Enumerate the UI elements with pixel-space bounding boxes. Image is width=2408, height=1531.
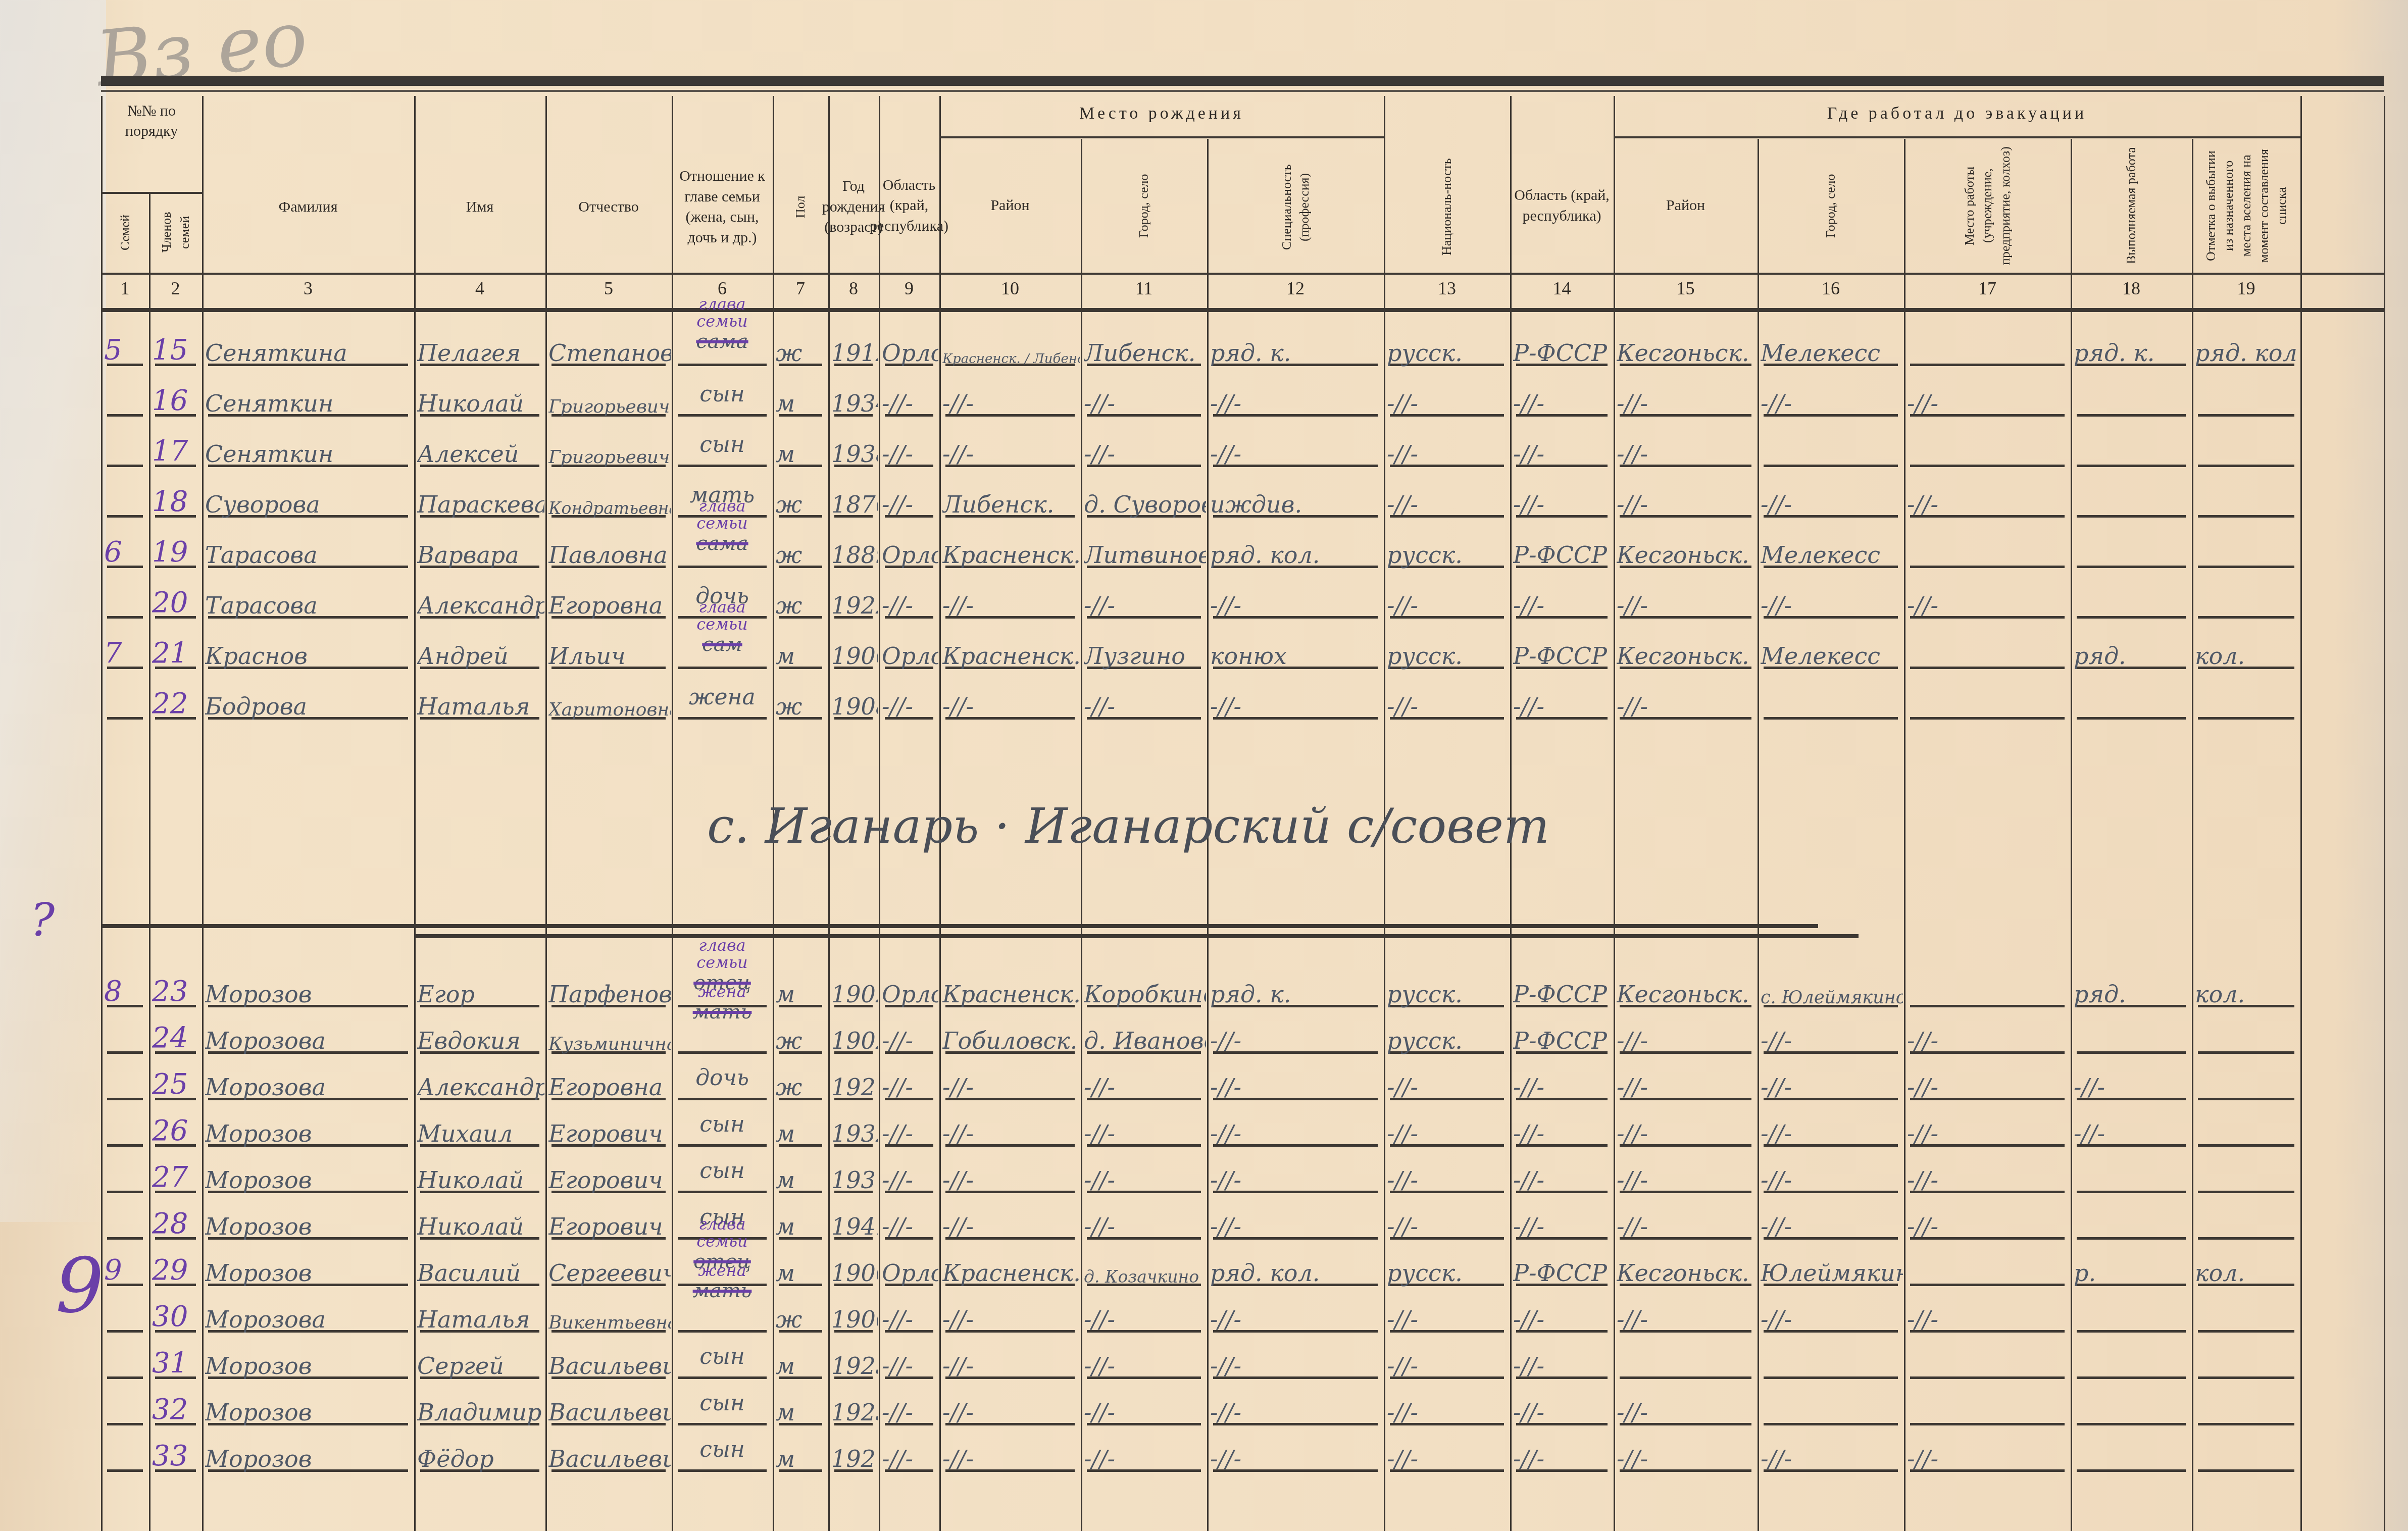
cell-w-rayon: Кесгоньск.	[1617, 959, 1757, 1008]
cell-note	[2195, 1052, 2299, 1101]
header-rule	[101, 273, 2384, 275]
cell-w-rayon: -//-	[1617, 1424, 1757, 1472]
cell-patronymic: Григорьевич	[548, 369, 671, 417]
cell-name: Александра	[417, 571, 544, 619]
cell-name: Евдокия	[417, 1006, 544, 1054]
relation-value: жена	[672, 649, 773, 710]
cell-name: Алексей	[417, 419, 544, 468]
cell-w-job: ряд. к.	[2074, 318, 2191, 367]
cell-w-place: -//-	[1907, 1192, 2070, 1240]
cell-surname: Морозов	[205, 1145, 413, 1194]
cell-surname: Морозов	[205, 1099, 413, 1147]
cell-family: 6	[104, 520, 148, 569]
cell-year: 1912	[831, 318, 878, 367]
cell-member: 27	[152, 1145, 201, 1194]
cell-sex: м	[776, 1377, 827, 1426]
relation-correction: глава семьи	[672, 937, 773, 971]
table-row: 25МорозоваАлександраЕгоровнадочьж1927-//…	[101, 1052, 2384, 1101]
cell-profession: -//-	[1210, 419, 1383, 468]
cell-surname: Морозова	[205, 1006, 413, 1054]
cell-w-place	[1907, 621, 2070, 670]
column-header-9: Область (край, республика)	[881, 144, 937, 268]
village-heading: с. Иганарь · Иганарский с/совет	[707, 798, 1549, 854]
cell-w-job	[2074, 470, 2191, 518]
cell-year: 1902	[831, 959, 878, 1008]
cell-member: 22	[152, 672, 201, 720]
cell-profession: -//-	[1210, 1285, 1383, 1333]
cell-rule	[678, 717, 767, 720]
cell-w-place	[1907, 1238, 2070, 1287]
cell-profession: ряд. кол.	[1210, 520, 1383, 569]
cell-b-oblast: -//-	[882, 419, 938, 468]
cell-note: кол.	[2195, 1238, 2299, 1287]
cell-family	[104, 1145, 148, 1194]
cell-w-job: ряд.	[2074, 959, 2191, 1008]
column-header-19: Отметка о выбытии из назначенного места …	[2194, 144, 2298, 268]
cell-year: 1902	[831, 1006, 878, 1054]
cell-family: 9	[104, 1238, 148, 1287]
column-number: 7	[773, 278, 828, 308]
table-row: 18СувороваПараскеваКондратьевнаматьж1876…	[101, 470, 2384, 518]
cell-w-place: -//-	[1907, 1285, 2070, 1333]
cell-name: Сергей	[417, 1331, 544, 1380]
table-row: 28МорозовНиколайЕгоровичсынм1941-//--//-…	[101, 1192, 2384, 1240]
cell-sex: ж	[776, 470, 827, 518]
cell-w-job	[2074, 419, 2191, 468]
column-header-10: Район	[941, 144, 1079, 268]
cell-patronymic: Васильевич	[548, 1331, 671, 1380]
cell-b-rayon: -//-	[942, 1145, 1080, 1194]
cell-year: 1906	[831, 621, 878, 670]
cell-sex: м	[776, 1331, 827, 1380]
cell-family	[104, 369, 148, 417]
cell-member: 17	[152, 419, 201, 468]
cell-b-oblast: -//-	[882, 470, 938, 518]
cell-nationality: -//-	[1387, 672, 1509, 720]
cell-b-oblast: Орловск.	[882, 959, 938, 1008]
column-header-7: Пол	[775, 146, 826, 268]
cell-w-oblast: -//-	[1513, 419, 1613, 468]
cell-nationality: -//-	[1387, 1192, 1509, 1240]
cell-w-place	[1907, 520, 2070, 569]
cell-family	[104, 1052, 148, 1101]
column-number: 3	[202, 278, 414, 308]
cell-name: Николай	[417, 1145, 544, 1194]
cell-profession: -//-	[1210, 1424, 1383, 1472]
table-row: 30МорозоваНатальяВикентьевнаженаматьж190…	[101, 1285, 2384, 1333]
column-number: 1	[101, 278, 149, 308]
cell-w-oblast: -//-	[1513, 1424, 1613, 1472]
cell-note	[2195, 1377, 2299, 1426]
cell-b-rayon: -//-	[942, 1424, 1080, 1472]
cell-profession: иждив.	[1210, 470, 1383, 518]
cell-member: 21	[152, 621, 201, 670]
cell-profession: ряд. к.	[1210, 959, 1383, 1008]
cell-b-oblast: -//-	[882, 1052, 938, 1101]
cell-name: Егор	[417, 959, 544, 1008]
margin-family-mark: 9	[56, 1242, 104, 1330]
cell-w-rayon: -//-	[1617, 470, 1757, 518]
cell-b-village: -//-	[1084, 672, 1206, 720]
cell-sex: ж	[776, 571, 827, 619]
cell-note	[2195, 1331, 2299, 1380]
cell-b-village: -//-	[1084, 1145, 1206, 1194]
cell-name: Владимир	[417, 1377, 544, 1426]
cell-sex: м	[776, 1238, 827, 1287]
cell-note	[2195, 520, 2299, 569]
cell-member: 25	[152, 1052, 201, 1101]
cell-surname: Краснов	[205, 621, 413, 670]
relation-struck: мать	[672, 1000, 773, 1024]
cell-note: кол.	[2195, 621, 2299, 670]
cell-w-oblast: -//-	[1513, 1145, 1613, 1194]
cell-family: 7	[104, 621, 148, 670]
cell-w-village: Мелекесс	[1761, 318, 1903, 367]
cell-b-rayon: Красненск.	[942, 520, 1080, 569]
column-header-11: Город, село	[1083, 144, 1205, 268]
cell-w-rayon: -//-	[1617, 1285, 1757, 1333]
table-row: 24МорозоваЕвдокияКузьминичнаженаматьж190…	[101, 1006, 2384, 1054]
cell-profession: -//-	[1210, 1145, 1383, 1194]
cell-nationality: -//-	[1387, 419, 1509, 468]
cell-w-job: ряд.	[2074, 621, 2191, 670]
cell-family	[104, 571, 148, 619]
cell-b-village: -//-	[1084, 571, 1206, 619]
cell-w-oblast: -//-	[1513, 1192, 1613, 1240]
cell-w-job	[2074, 1006, 2191, 1054]
cell-family	[104, 672, 148, 720]
cell-b-oblast: -//-	[882, 1424, 938, 1472]
cell-nationality: -//-	[1387, 1377, 1509, 1426]
cell-family	[104, 1006, 148, 1054]
cell-member: 30	[152, 1285, 201, 1333]
cell-w-village: -//-	[1761, 571, 1903, 619]
header-numbering: №№ по порядку	[101, 96, 202, 146]
cell-surname: Морозов	[205, 1377, 413, 1426]
cell-nationality: русск.	[1387, 621, 1509, 670]
cell-name: Александра	[417, 1052, 544, 1101]
cell-w-place	[1907, 672, 2070, 720]
cell-family	[104, 1331, 148, 1380]
cell-member: 24	[152, 1006, 201, 1054]
cell-w-place: -//-	[1907, 1145, 2070, 1194]
cell-note	[2195, 1006, 2299, 1054]
cell-note: кол.	[2195, 959, 2299, 1008]
cell-sex: м	[776, 1099, 827, 1147]
cell-b-oblast: Орловск.	[882, 318, 938, 367]
pencil-note: Вз ео	[92, 0, 312, 104]
relation-correction: жена	[672, 1262, 773, 1279]
cell-w-village	[1761, 419, 1903, 468]
cell-nationality: -//-	[1387, 1145, 1509, 1194]
cell-note	[2195, 1099, 2299, 1147]
table-row: 929МорозовВасилийСергеевичглава семьиоте…	[101, 1238, 2384, 1287]
cell-member: 23	[152, 959, 201, 1008]
cell-family	[104, 470, 148, 518]
cell-member: 16	[152, 369, 201, 417]
cell-b-rayon: -//-	[942, 1331, 1080, 1380]
table-row: 32МорозовВладимирВасильевичсынм1923-//--…	[101, 1377, 2384, 1426]
cell-w-oblast: -//-	[1513, 1099, 1613, 1147]
cell-b-rayon: -//-	[942, 1192, 1080, 1240]
cell-name: Наталья	[417, 1285, 544, 1333]
cell-w-oblast: Р-ФССР	[1513, 1238, 1613, 1287]
cell-nationality: -//-	[1387, 571, 1509, 619]
cell-b-rayon: -//-	[942, 1052, 1080, 1101]
cell-w-oblast: Р-ФССР	[1513, 959, 1613, 1008]
cell-b-rayon: Либенск.	[942, 470, 1080, 518]
cell-b-oblast: -//-	[882, 1145, 938, 1194]
cell-w-job: -//-	[2074, 1052, 2191, 1101]
cell-member: 26	[152, 1099, 201, 1147]
cell-w-oblast: -//-	[1513, 1052, 1613, 1101]
column-divider	[2384, 96, 2385, 1531]
group-header-rule	[1614, 136, 2300, 138]
cell-patronymic: Ильич	[548, 621, 671, 670]
cell-b-village: Лузгино	[1084, 621, 1206, 670]
relation-cell: женамать	[672, 1262, 773, 1302]
section-rule	[101, 924, 1818, 928]
cell-w-place: -//-	[1907, 1099, 2070, 1147]
cell-member: 31	[152, 1331, 201, 1380]
cell-w-oblast: -//-	[1513, 1331, 1613, 1380]
cell-w-village: -//-	[1761, 1424, 1903, 1472]
cell-w-oblast: -//-	[1513, 1377, 1613, 1426]
column-header-12: Специальность (профессия)	[1209, 146, 1382, 268]
cell-w-oblast: -//-	[1513, 672, 1613, 720]
cell-w-village: -//-	[1761, 1145, 1903, 1194]
cell-w-rayon: Кесгоньск.	[1617, 318, 1757, 367]
cell-member: 33	[152, 1424, 201, 1472]
cell-nationality: русск.	[1387, 318, 1509, 367]
cell-b-oblast: -//-	[882, 672, 938, 720]
cell-sex: м	[776, 1145, 827, 1194]
cell-w-village: -//-	[1761, 1006, 1903, 1054]
cell-sex: ж	[776, 318, 827, 367]
cell-family	[104, 1099, 148, 1147]
relation-correction: глава семьи	[672, 497, 773, 532]
column-number: 8	[828, 278, 879, 308]
group-header-rule	[101, 192, 202, 194]
column-number: 10	[939, 278, 1081, 308]
cell-patronymic: Егорович	[548, 1192, 671, 1240]
cell-b-village: -//-	[1084, 1331, 1206, 1380]
cell-b-oblast: Орловск.	[882, 621, 938, 670]
column-header-2: Членов семей	[151, 197, 200, 268]
cell-profession: конюх	[1210, 621, 1383, 670]
cell-b-rayon: -//-	[942, 419, 1080, 468]
relation-correction: глава семьи	[672, 598, 773, 633]
cell-name: Пелагея	[417, 318, 544, 367]
cell-b-rayon: -//-	[942, 369, 1080, 417]
cell-note	[2195, 1424, 2299, 1472]
cell-profession: -//-	[1210, 1006, 1383, 1054]
cell-surname: Сеняткин	[205, 419, 413, 468]
cell-w-place	[1907, 1331, 2070, 1380]
column-header-17: Место работы (учреждение, предприятие, к…	[1906, 144, 2069, 268]
cell-nationality: -//-	[1387, 1052, 1509, 1101]
cell-w-rayon: Кесгоньск.	[1617, 621, 1757, 670]
cell-year: 1922	[831, 571, 878, 619]
cell-year: 1876	[831, 470, 878, 518]
cell-profession: ряд. кол.	[1210, 1238, 1383, 1287]
cell-member: 29	[152, 1238, 201, 1287]
cell-w-village: Юлеймякино	[1761, 1238, 1903, 1287]
cell-w-rayon: -//-	[1617, 672, 1757, 720]
cell-name: Николай	[417, 369, 544, 417]
cell-note	[2195, 571, 2299, 619]
cell-surname: Сеняткин	[205, 369, 413, 417]
cell-surname: Морозова	[205, 1052, 413, 1101]
cell-patronymic: Кондратьевна	[548, 470, 671, 518]
cell-note	[2195, 1145, 2299, 1194]
cell-w-job	[2074, 1331, 2191, 1380]
cell-note	[2195, 672, 2299, 720]
column-number: 18	[2071, 278, 2192, 308]
column-header-4: Имя	[416, 146, 543, 268]
cell-family	[104, 1377, 148, 1426]
table-row: 721КрасновАндрейИльичглава семьисамм1906…	[101, 621, 2384, 670]
relation-cell: глава семьисама	[672, 497, 773, 555]
cell-w-place: -//-	[1907, 1052, 2070, 1101]
cell-b-village: -//-	[1084, 1052, 1206, 1101]
table-row: 17СеняткинАлексейГригорьевичсынм1938-//-…	[101, 419, 2384, 468]
cell-sex: ж	[776, 1006, 827, 1054]
top-border-thin	[101, 90, 2384, 92]
cell-b-oblast: -//-	[882, 1377, 938, 1426]
cell-w-oblast: Р-ФССР	[1513, 318, 1613, 367]
cell-w-rayon: -//-	[1617, 1145, 1757, 1194]
cell-sex: ж	[776, 1052, 827, 1101]
cell-nationality: русск.	[1387, 1006, 1509, 1054]
cell-member: 32	[152, 1377, 201, 1426]
cell-surname: Бодрова	[205, 672, 413, 720]
cell-member: 20	[152, 571, 201, 619]
column-header-13: Националь-ность	[1386, 146, 1508, 268]
cell-b-village: -//-	[1084, 1099, 1206, 1147]
cell-year: 1934	[831, 369, 878, 417]
relation-struck: мать	[672, 1279, 773, 1302]
cell-w-village: Мелекесс	[1761, 520, 1903, 569]
cell-b-village: Литвинов.	[1084, 520, 1206, 569]
cell-patronymic: Егорович	[548, 1145, 671, 1194]
cell-w-job: -//-	[2074, 1099, 2191, 1147]
cell-b-oblast: -//-	[882, 1331, 938, 1380]
cell-w-village: с. Юлеймякино	[1761, 959, 1903, 1008]
cell-b-rayon: -//-	[942, 1377, 1080, 1426]
cell-surname: Морозов	[205, 1424, 413, 1472]
cell-w-village	[1761, 672, 1903, 720]
cell-member: 18	[152, 470, 201, 518]
cell-w-village: Мелекесс	[1761, 621, 1903, 670]
cell-w-village: -//-	[1761, 1285, 1903, 1333]
cell-w-village	[1761, 1331, 1903, 1380]
cell-w-oblast: -//-	[1513, 571, 1613, 619]
cell-family	[104, 1192, 148, 1240]
column-number: 5	[545, 278, 672, 308]
cell-name: Фёдор	[417, 1424, 544, 1472]
cell-b-village: -//-	[1084, 1424, 1206, 1472]
relation-correction: глава семьи	[672, 295, 773, 330]
cell-surname: Морозов	[205, 959, 413, 1008]
cell-profession: -//-	[1210, 1099, 1383, 1147]
cell-year: 1937	[831, 1145, 878, 1194]
cell-family: 8	[104, 959, 148, 1008]
cell-w-place: -//-	[1907, 369, 2070, 417]
cell-w-village	[1761, 1377, 1903, 1426]
cell-patronymic: Павловна	[548, 520, 671, 569]
cell-profession: -//-	[1210, 672, 1383, 720]
cell-b-oblast: -//-	[882, 369, 938, 417]
column-number: 19	[2192, 278, 2300, 308]
cell-w-job	[2074, 1424, 2191, 1472]
cell-note	[2195, 470, 2299, 518]
cell-b-village: -//-	[1084, 1377, 1206, 1426]
cell-family	[104, 1285, 148, 1333]
cell-patronymic: Егорович	[548, 1099, 671, 1147]
cell-year: 1900	[831, 1238, 878, 1287]
cell-name: Наталья	[417, 672, 544, 720]
relation-cell: глава семьисама	[672, 295, 773, 353]
cell-nationality: русск.	[1387, 959, 1509, 1008]
cell-name: Андрей	[417, 621, 544, 670]
cell-w-oblast: -//-	[1513, 1285, 1613, 1333]
cell-profession: -//-	[1210, 1192, 1383, 1240]
column-number: 13	[1384, 278, 1510, 308]
cell-w-rayon: Кесгоньск.	[1617, 1238, 1757, 1287]
cell-w-rayon: Кесгоньск.	[1617, 520, 1757, 569]
cell-name: Михаил	[417, 1099, 544, 1147]
header-prewar-work: Где работал до эвакуации	[1614, 96, 2300, 131]
cell-sex: м	[776, 1424, 827, 1472]
cell-profession: -//-	[1210, 571, 1383, 619]
header-birthplace: Место рождения	[939, 96, 1384, 131]
cell-w-job	[2074, 1377, 2191, 1426]
cell-year: 1900	[831, 1285, 878, 1333]
table-row: 515СеняткинаПелагеяСтепановнаглава семьи…	[101, 318, 2384, 367]
cell-patronymic: Степановна	[548, 318, 671, 367]
cell-w-rayon: -//-	[1617, 571, 1757, 619]
cell-surname: Сеняткина	[205, 318, 413, 367]
cell-w-place: -//-	[1907, 571, 2070, 619]
cell-year: 1932	[831, 1099, 878, 1147]
cell-w-rayon: -//-	[1617, 1099, 1757, 1147]
cell-b-oblast: -//-	[882, 1099, 938, 1147]
column-header-5: Отчество	[547, 146, 670, 268]
cell-name: Николай	[417, 1192, 544, 1240]
column-number: 4	[414, 278, 545, 308]
cell-patronymic: Харитоновна	[548, 672, 671, 720]
cell-note	[2195, 1285, 2299, 1333]
header-rule	[101, 308, 2384, 312]
cell-w-job	[2074, 571, 2191, 619]
cell-nationality: русск.	[1387, 1238, 1509, 1287]
cell-w-rayon: -//-	[1617, 419, 1757, 468]
cell-b-village: Коробкино	[1084, 959, 1206, 1008]
cell-sex: м	[776, 419, 827, 468]
cell-w-oblast: Р-ФССР	[1513, 520, 1613, 569]
cell-note	[2195, 1192, 2299, 1240]
cell-b-rayon: -//-	[942, 1285, 1080, 1333]
cell-b-oblast: Орловск.	[882, 1238, 938, 1287]
cell-member: 19	[152, 520, 201, 569]
cell-w-rayon: -//-	[1617, 1052, 1757, 1101]
cell-name: Параскева	[417, 470, 544, 518]
cell-w-job: р.	[2074, 1238, 2191, 1287]
torn-margin	[0, 0, 106, 1222]
column-number: 14	[1510, 278, 1614, 308]
cell-family	[104, 1424, 148, 1472]
